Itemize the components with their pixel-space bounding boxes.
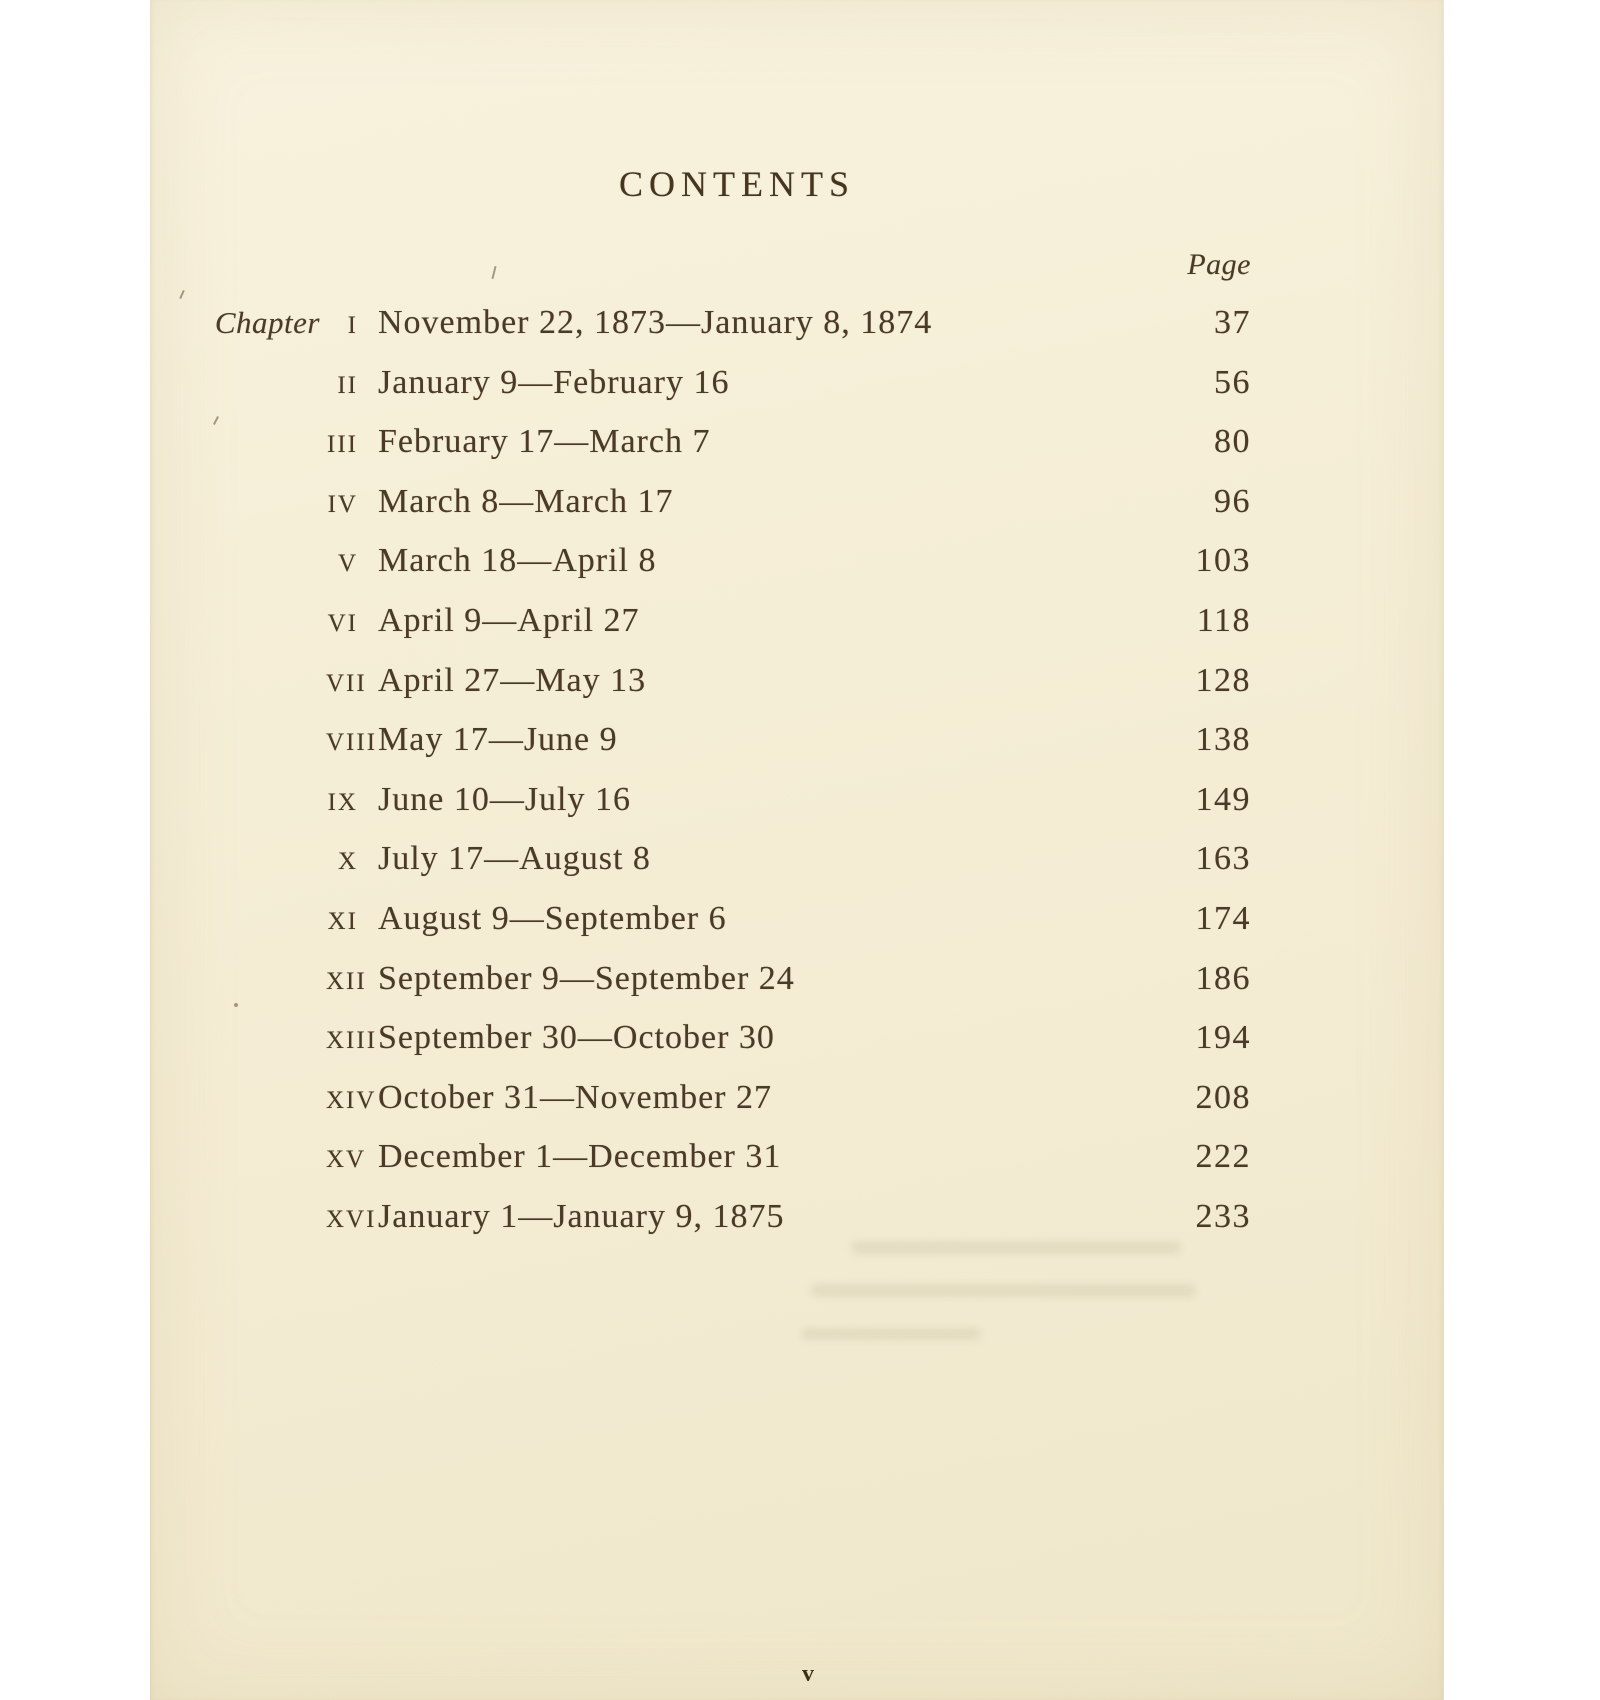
toc-row: XV December 1—December 31 222: [211, 1140, 1251, 1200]
chapter-page-number: 96: [1111, 485, 1251, 519]
chapter-numeral: XIII: [326, 1028, 358, 1053]
chapter-title: March 18—April 8: [358, 544, 1111, 578]
chapter-page-number: 149: [1111, 783, 1251, 817]
paper-speck: [234, 1003, 238, 1007]
chapter-title: January 9—February 16: [358, 366, 1111, 400]
chapter-page-number: 103: [1111, 544, 1251, 578]
chapter-page-number: 208: [1111, 1081, 1251, 1115]
toc-row: III February 17—March 7 80: [211, 425, 1251, 485]
chapter-numeral: IV: [326, 492, 358, 517]
toc-row: V March 18—April 8 103: [211, 544, 1251, 604]
chapter-page-number: 128: [1111, 664, 1251, 698]
chapter-page-number: 174: [1111, 902, 1251, 936]
chapter-numeral: V: [326, 551, 358, 576]
chapter-title: November 22, 1873—January 8, 1874: [358, 306, 1111, 340]
contents-heading: CONTENTS: [211, 166, 1251, 202]
chapter-page-number: 233: [1111, 1200, 1251, 1234]
page-column-header: Page: [1187, 250, 1251, 280]
chapter-page-number: 80: [1111, 425, 1251, 459]
chapter-page-number: 56: [1111, 366, 1251, 400]
chapter-title: April 27—May 13: [358, 664, 1111, 698]
folio-page-number: v: [758, 1662, 858, 1686]
scan-background: CONTENTS Page Chapter I November 22, 187…: [0, 0, 1600, 1700]
chapter-page-number: 186: [1111, 962, 1251, 996]
chapter-title: October 31—November 27: [358, 1081, 1111, 1115]
chapter-page-number: 222: [1111, 1140, 1251, 1174]
show-through-smudge: [811, 1284, 1196, 1297]
chapter-numeral: III: [326, 432, 358, 457]
paper-speck: [179, 290, 184, 299]
toc-row: IX June 10—July 16 149: [211, 783, 1251, 843]
chapter-page-number: 194: [1111, 1021, 1251, 1055]
toc-row: XIV October 31—November 27 208: [211, 1081, 1251, 1141]
chapter-numeral: IX: [326, 790, 358, 815]
chapter-numeral: I: [326, 313, 358, 338]
chapter-title: February 17—March 7: [358, 425, 1111, 459]
chapter-numeral: II: [326, 373, 358, 398]
chapter-page-number: 37: [1111, 306, 1251, 340]
toc-row: XII September 9—September 24 186: [211, 962, 1251, 1022]
show-through-smudge: [851, 1241, 1181, 1254]
chapter-title: March 8—March 17: [358, 485, 1111, 519]
toc-row: XI August 9—September 6 174: [211, 902, 1251, 962]
chapter-title: January 1—January 9, 1875: [358, 1200, 1111, 1234]
toc-row: X July 17—August 8 163: [211, 842, 1251, 902]
show-through-smudge: [801, 1328, 981, 1340]
chapter-numeral: XI: [326, 909, 358, 934]
toc-row: II January 9—February 16 56: [211, 366, 1251, 426]
chapter-title: August 9—September 6: [358, 902, 1111, 936]
chapter-title: September 9—September 24: [358, 962, 1111, 996]
chapter-numeral: XVI: [326, 1207, 358, 1232]
chapter-numeral: XIV: [326, 1088, 358, 1113]
chapter-numeral: VI: [326, 611, 358, 636]
chapter-numeral: XV: [326, 1147, 358, 1172]
chapter-title: April 9—April 27: [358, 604, 1111, 638]
page-content: CONTENTS Page Chapter I November 22, 187…: [211, 0, 1251, 1698]
chapter-numeral: X: [326, 849, 358, 874]
toc-row: IV March 8—March 17 96: [211, 485, 1251, 545]
table-of-contents: Chapter I November 22, 1873—January 8, 1…: [211, 306, 1251, 1260]
book-page: CONTENTS Page Chapter I November 22, 187…: [150, 0, 1444, 1700]
chapter-title: December 1—December 31: [358, 1140, 1111, 1174]
toc-row: XIII September 30—October 30 194: [211, 1021, 1251, 1081]
chapter-title: May 17—June 9: [358, 723, 1111, 757]
chapter-title: September 30—October 30: [358, 1021, 1111, 1055]
chapter-page-number: 163: [1111, 842, 1251, 876]
chapter-numeral: VIII: [326, 730, 358, 755]
chapter-title: July 17—August 8: [358, 842, 1111, 876]
toc-row: VII April 27—May 13 128: [211, 664, 1251, 724]
chapter-numeral: VII: [326, 671, 358, 696]
toc-row: VIII May 17—June 9 138: [211, 723, 1251, 783]
chapter-numeral: XII: [326, 969, 358, 994]
chapter-page-number: 118: [1111, 604, 1251, 638]
toc-row: VI April 9—April 27 118: [211, 604, 1251, 664]
chapter-word: Chapter: [211, 307, 326, 338]
chapter-page-number: 138: [1111, 723, 1251, 757]
toc-row: Chapter I November 22, 1873—January 8, 1…: [211, 306, 1251, 366]
chapter-title: June 10—July 16: [358, 783, 1111, 817]
